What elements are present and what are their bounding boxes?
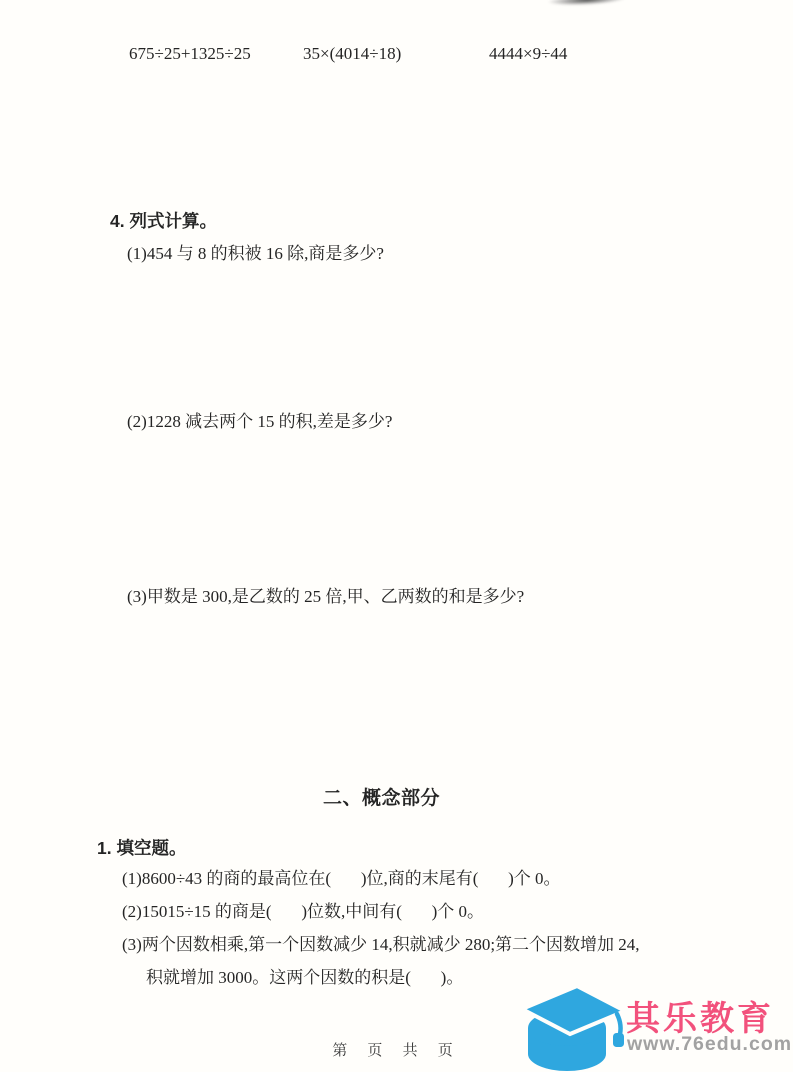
scan-smudge-artifact [548, 0, 626, 7]
calc-expression-2: 35×(4014÷18) [303, 44, 401, 64]
calc-question-2: (2)1228 减去两个 15 的积,差是多少? [127, 412, 392, 432]
calc-expression-1: 675÷25+1325÷25 [129, 44, 251, 64]
brand-url: www.76edu.com [627, 1033, 792, 1056]
fill-question-1: (1)8600÷43 的商的最高位在( )位,商的末尾有( )个 0。 [122, 869, 561, 889]
fill-question-3-line1: (3)两个因数相乘,第一个因数减少 14,积就减少 280;第二个因数增加 24… [122, 935, 640, 955]
calc-expression-3: 4444×9÷44 [489, 44, 567, 64]
calc-question-1: (1)454 与 8 的积被 16 除,商是多少? [127, 244, 384, 264]
fill-question-2: (2)15015÷15 的商是( )位数,中间有( )个 0。 [122, 902, 484, 922]
fill-question-3-line2: 积就增加 3000。这两个因数的积是( )。 [146, 968, 463, 988]
concept-section-heading: 二、概念部分 [323, 788, 440, 811]
worksheet-page: 675÷25+1325÷25 35×(4014÷18) 4444×9÷44 4.… [0, 0, 793, 1072]
brand-logo: 其乐教育 www.76edu.com [520, 982, 793, 1072]
graduation-cap-icon [520, 982, 628, 1072]
calc-question-3: (3)甲数是 300,是乙数的 25 倍,甲、乙两数的和是多少? [127, 587, 524, 607]
fill-blank-title: 1. 填空题。 [97, 838, 186, 859]
section-calc-title: 4. 列式计算。 [110, 211, 217, 232]
